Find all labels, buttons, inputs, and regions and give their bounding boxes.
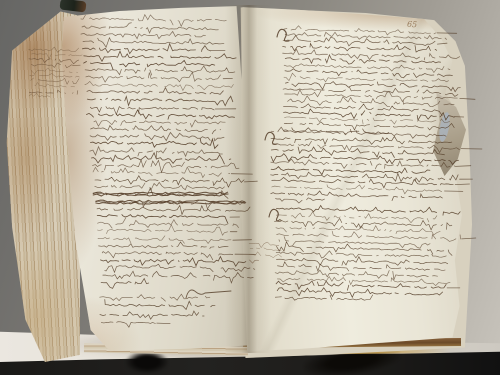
hw-block-left-signature-mark [186,290,231,298]
hw-block-right-paragraph-3 [269,206,476,301]
hw-block-left-main-block [81,15,257,289]
hw-block-left-marginal-note [29,47,82,97]
page-number: 65 [407,20,418,30]
hw-block-right-paragraph-2 [265,127,482,203]
photo-open-manuscript: 65 [0,0,500,375]
handwriting-ink [0,0,500,375]
hw-block-right-paragraph-1 [277,26,475,135]
hw-block-left-closing-note [100,294,215,327]
